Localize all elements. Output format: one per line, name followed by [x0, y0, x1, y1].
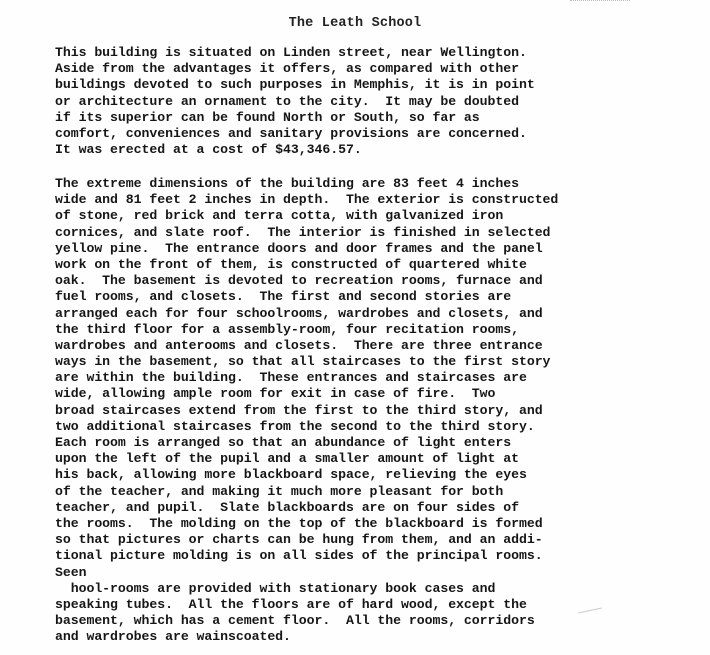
text-line: so that pictures or charts can be hung f…: [55, 532, 558, 548]
text-line: of stone, red brick and terra cotta, wit…: [55, 208, 558, 224]
scan-mark: [578, 608, 602, 614]
text-line: Seen: [55, 565, 558, 581]
text-line: Aside from the advantages it offers, as …: [55, 61, 535, 77]
text-line: comfort, conveniences and sanitary provi…: [55, 126, 535, 142]
text-line: of the teacher, and making it much more …: [55, 484, 558, 500]
text-line: work on the front of them, is constructe…: [55, 257, 558, 273]
text-line: two additional staircases from the secon…: [55, 419, 558, 435]
text-line: if its superior can be found North or So…: [55, 110, 535, 126]
text-line: The extreme dimensions of the building a…: [55, 176, 558, 192]
text-line: ways in the basement, so that all stairc…: [55, 354, 558, 370]
scan-speckle: [570, 0, 630, 5]
text-line: wide and 81 feet 2 inches in depth. The …: [55, 192, 558, 208]
text-line: are within the building. These entrances…: [55, 370, 558, 386]
text-line: broad staircases extend from the first t…: [55, 403, 558, 419]
text-line: It was erected at a cost of $43,346.57.: [55, 142, 535, 158]
text-line: or architecture an ornament to the city.…: [55, 94, 535, 110]
text-line: arranged each for four schoolrooms, ward…: [55, 306, 558, 322]
text-line: and wardrobes are wainscoated.: [55, 629, 558, 645]
text-line: wide, allowing ample room for exit in ca…: [55, 386, 558, 402]
document-page: The Leath School This building is situat…: [0, 0, 710, 655]
text-line: oak. The basement is devoted to recreati…: [55, 273, 558, 289]
text-line: hool-rooms are provided with stationary …: [55, 581, 558, 597]
text-line: wardrobes and anterooms and closets. The…: [55, 338, 558, 354]
text-line: Each room is arranged so that an abundan…: [55, 435, 558, 451]
document-title: The Leath School: [0, 16, 710, 31]
text-line: buildings devoted to such purposes in Me…: [55, 77, 535, 93]
text-line: This building is situated on Linden stre…: [55, 45, 535, 61]
paragraph-2: The extreme dimensions of the building a…: [55, 176, 558, 645]
text-line: fuel rooms, and closets. The first and s…: [55, 289, 558, 305]
text-line: speaking tubes. All the floors are of ha…: [55, 597, 558, 613]
text-line: yellow pine. The entrance doors and door…: [55, 241, 558, 257]
text-line: the rooms. The molding on the top of the…: [55, 516, 558, 532]
text-line: the third floor for a assembly-room, fou…: [55, 322, 558, 338]
text-line: teacher, and pupil. Slate blackboards ar…: [55, 500, 558, 516]
paragraph-1: This building is situated on Linden stre…: [55, 45, 535, 158]
text-line: his back, allowing more blackboard space…: [55, 467, 558, 483]
text-line: basement, which has a cement floor. All …: [55, 613, 558, 629]
text-line: upon the left of the pupil and a smaller…: [55, 451, 558, 467]
text-line: tional picture molding is on all sides o…: [55, 548, 558, 564]
text-line: cornices, and slate roof. The interior i…: [55, 225, 558, 241]
